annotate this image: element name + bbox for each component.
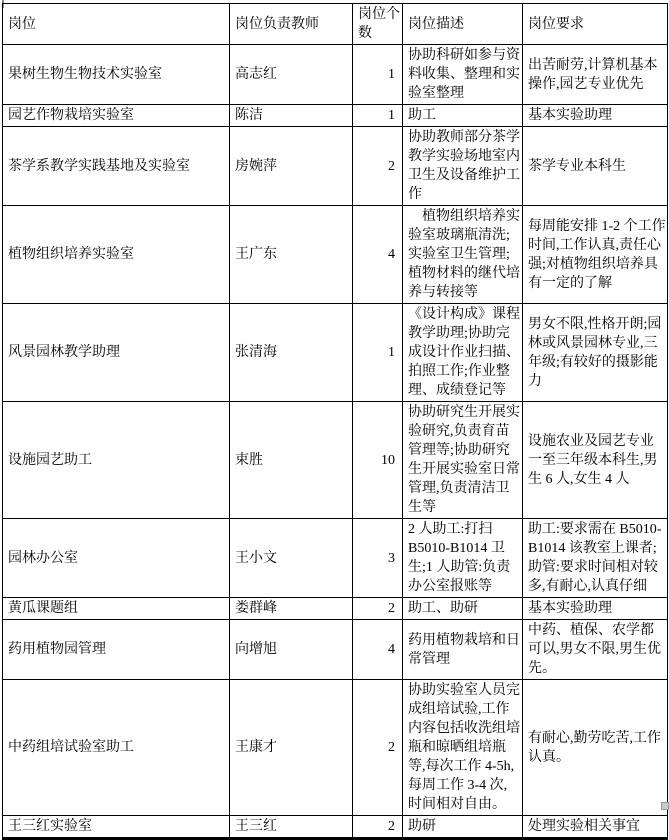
cell-count: 2 xyxy=(353,598,403,620)
cell-position: 植物组织培养实验室 xyxy=(3,206,230,304)
cell-description: 2 人助工:打扫 B5010-B1014 卫生;1 人助管:负责办公室报账等 xyxy=(403,519,523,598)
cell-count: 2 xyxy=(353,680,403,816)
table-row: 风景园林教学助理 张清海 1 《设计构成》课程教学助理;协助完成设计作业扫描、拍… xyxy=(3,304,668,402)
cell-count: 2 xyxy=(353,127,403,206)
table-row: 王三红实验室 王三红 2 助研 处理实验相关事宜 xyxy=(3,816,668,839)
cell-teacher: 王小文 xyxy=(230,519,353,598)
table-row: 中药组培试验室助工 王康才 2 协助实验室人员完成组培试验,工作内容包括收洗组培… xyxy=(3,680,668,816)
cell-description: 药用植物栽培和日常管理 xyxy=(403,620,523,680)
table-row: 园艺作物栽培实验室 陈洁 1 助工 基本实验助理 xyxy=(3,105,668,127)
cell-requirement: 助工:要求需在 B5010-B1014 该教室上课者;助管:要求时间相对较多,有… xyxy=(523,519,668,598)
cell-position: 园林办公室 xyxy=(3,519,230,598)
cell-description: 协助实验室人员完成组培试验,工作内容包括收洗组培瓶和晾晒组培瓶等,每次工作 4-… xyxy=(403,680,523,816)
table-resize-handle-artifact xyxy=(661,802,669,810)
cell-count: 1 xyxy=(353,45,403,105)
table-header: 岗位 岗位负责教师 岗位个数 岗位描述 岗位要求 xyxy=(3,4,668,45)
positions-table: 岗位 岗位负责教师 岗位个数 岗位描述 岗位要求 果树生物生物技术实验室 高志红… xyxy=(2,3,668,840)
cell-description: 《设计构成》课程教学助理;协助完成设计作业扫描、拍照工作;作业整理、成绩登记等 xyxy=(403,304,523,402)
cell-position: 药用植物园管理 xyxy=(3,620,230,680)
cell-teacher: 高志红 xyxy=(230,45,353,105)
cell-position: 中药组培试验室助工 xyxy=(3,680,230,816)
cell-teacher: 房婉萍 xyxy=(230,127,353,206)
cell-description: 协助科研如参与资料收集、整理和实验室整理 xyxy=(403,45,523,105)
cell-count: 4 xyxy=(353,620,403,680)
cell-description: 助工 xyxy=(403,105,523,127)
table-row: 设施园艺助工 束胜 10 协助研究生开展实验研究,负责育苗管理等;协助研究生开展… xyxy=(3,402,668,519)
cell-teacher: 束胜 xyxy=(230,402,353,519)
cell-requirement: 有耐心,勤劳吃苦,工作认真。 xyxy=(523,680,668,816)
cell-description: 助研 xyxy=(403,816,523,839)
cell-requirement: 处理实验相关事宜 xyxy=(523,816,668,839)
cell-count: 1 xyxy=(353,105,403,127)
header-count: 岗位个数 xyxy=(353,4,403,45)
cell-position: 果树生物生物技术实验室 xyxy=(3,45,230,105)
table-body: 果树生物生物技术实验室 高志红 1 协助科研如参与资料收集、整理和实验室整理 出… xyxy=(3,45,668,839)
cell-description: 协助教师部分茶学教学实验场地室内卫生及设备维护工作 xyxy=(403,127,523,206)
cell-count: 1 xyxy=(353,304,403,402)
cell-requirement: 茶学专业本科生 xyxy=(523,127,668,206)
cell-requirement: 出苦耐劳,计算机基本操作,园艺专业优先 xyxy=(523,45,668,105)
table-row: 茶学系教学实践基地及实验室 房婉萍 2 协助教师部分茶学教学实验场地室内卫生及设… xyxy=(3,127,668,206)
header-description: 岗位描述 xyxy=(403,4,523,45)
cell-position: 王三红实验室 xyxy=(3,816,230,839)
table-row: 药用植物园管理 向增旭 4 药用植物栽培和日常管理 中药、植保、农学都可以,男女… xyxy=(3,620,668,680)
cell-teacher: 王三红 xyxy=(230,816,353,839)
table-row: 果树生物生物技术实验室 高志红 1 协助科研如参与资料收集、整理和实验室整理 出… xyxy=(3,45,668,105)
table-row: 植物组织培养实验室 王广东 4 植物组织培养实验室玻璃瓶清洗;实验室卫生管理;植… xyxy=(3,206,668,304)
cell-teacher: 王康才 xyxy=(230,680,353,816)
cell-requirement: 男女不限,性格开朗;园林或风景园林专业,三年级;有较好的摄影能力 xyxy=(523,304,668,402)
cell-teacher: 娄群峰 xyxy=(230,598,353,620)
cell-position: 设施园艺助工 xyxy=(3,402,230,519)
cell-count: 4 xyxy=(353,206,403,304)
cell-position: 风景园林教学助理 xyxy=(3,304,230,402)
header-requirement: 岗位要求 xyxy=(523,4,668,45)
cell-description: 植物组织培养实验室玻璃瓶清洗;实验室卫生管理;植物材料的继代培养与转接等 xyxy=(403,206,523,304)
cell-position: 茶学系教学实践基地及实验室 xyxy=(3,127,230,206)
cell-requirement: 基本实验助理 xyxy=(523,598,668,620)
cell-requirement: 设施农业及园艺专业一至三年级本科生,男生 6 人,女生 4 人 xyxy=(523,402,668,519)
cell-teacher: 王广东 xyxy=(230,206,353,304)
cell-teacher: 向增旭 xyxy=(230,620,353,680)
cell-count: 10 xyxy=(353,402,403,519)
cell-requirement: 中药、植保、农学都可以,男女不限,男生优先。 xyxy=(523,620,668,680)
header-row: 岗位 岗位负责教师 岗位个数 岗位描述 岗位要求 xyxy=(3,4,668,45)
table-row: 黄瓜课题组 娄群峰 2 助工、助研 基本实验助理 xyxy=(3,598,668,620)
table-row: 园林办公室 王小文 3 2 人助工:打扫 B5010-B1014 卫生;1 人助… xyxy=(3,519,668,598)
cell-count: 3 xyxy=(353,519,403,598)
cell-count: 2 xyxy=(353,816,403,839)
cell-teacher: 陈洁 xyxy=(230,105,353,127)
cell-teacher: 张清海 xyxy=(230,304,353,402)
header-teacher: 岗位负责教师 xyxy=(230,4,353,45)
cell-description: 协助研究生开展实验研究,负责育苗管理等;协助研究生开展实验室日常管理,负责清洁卫… xyxy=(403,402,523,519)
cell-position: 园艺作物栽培实验室 xyxy=(3,105,230,127)
cell-description: 助工、助研 xyxy=(403,598,523,620)
cell-requirement: 每周能安排 1-2 个工作时间,工作认真,责任心强;对植物组织培养具有一定的了解 xyxy=(523,206,668,304)
cell-requirement: 基本实验助理 xyxy=(523,105,668,127)
document-sheet: 岗位 岗位负责教师 岗位个数 岗位描述 岗位要求 果树生物生物技术实验室 高志红… xyxy=(2,3,668,840)
cell-position: 黄瓜课题组 xyxy=(3,598,230,620)
header-position: 岗位 xyxy=(3,4,230,45)
